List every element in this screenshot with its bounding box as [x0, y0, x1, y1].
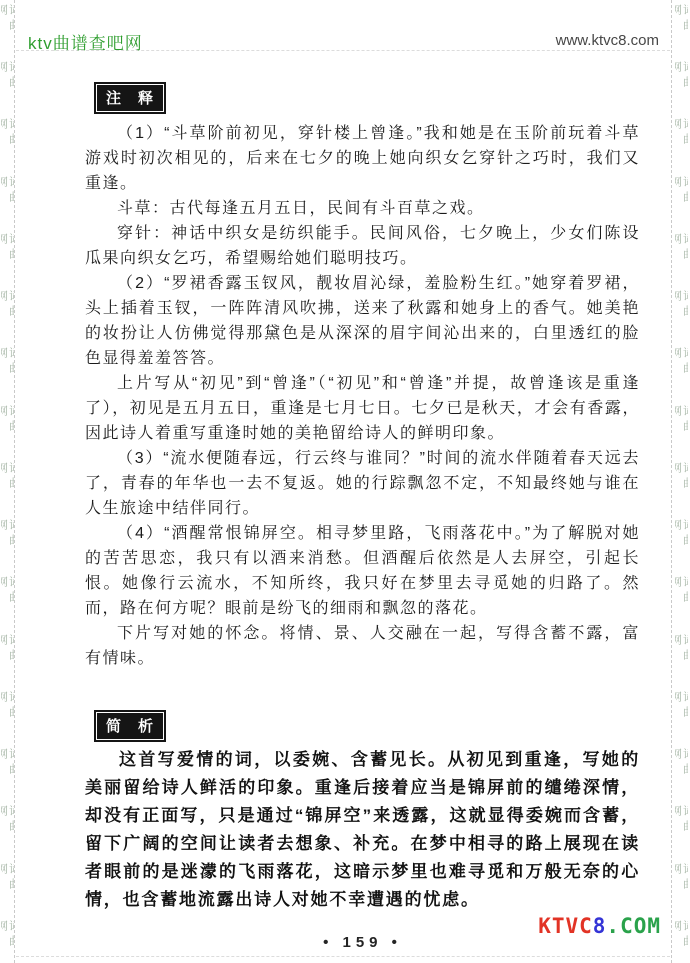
watermark-text: 词曲网: [675, 233, 688, 276]
footer-logo-link[interactable]: KTVC8.COM: [538, 914, 661, 938]
watermark-text: 词曲网: [675, 290, 688, 333]
watermark-text: 词曲网: [675, 748, 688, 791]
analysis-paragraph-1: 这首写爱情的词，以委婉、含蓄见长。从初见到重逢，写她的美丽留给诗人鲜活的印象。重…: [85, 746, 640, 914]
watermark-text: 词曲网: [1, 4, 14, 47]
page-border-right: [671, 0, 672, 963]
note-paragraph-3: 穿针：神话中织女是纺织能手。民间风俗，七夕晚上，少女们陈设瓜果向织女乞巧，希望赐…: [85, 221, 640, 271]
watermark-text: 词曲网: [1, 691, 14, 734]
watermark-text: 词曲网: [1, 519, 14, 562]
watermark-text: 词曲网: [675, 863, 688, 906]
analysis-section: 这首写爱情的词，以委婉、含蓄见长。从初见到重逢，写她的美丽留给诗人鲜活的印象。重…: [85, 746, 640, 914]
watermark-text: 词曲网: [675, 176, 688, 219]
watermark-text: 词曲网: [1, 176, 14, 219]
logo-part-8: 8: [593, 914, 607, 938]
note-paragraph-1: （1）“斗草阶前初见，穿针楼上曾逢。”我和她是在玉阶前玩着斗草游戏时初次相见的，…: [85, 121, 640, 196]
annotation-section: （1）“斗草阶前初见，穿针楼上曾逢。”我和她是在玉阶前玩着斗草游戏时初次相见的，…: [85, 121, 640, 671]
watermark-text: 词曲网: [1, 863, 14, 906]
site-url-link[interactable]: www.ktvc8.com: [556, 32, 659, 49]
watermark-text: 词曲网: [675, 805, 688, 848]
watermark-text: 词曲网: [675, 691, 688, 734]
watermark-text: 词曲网: [1, 462, 14, 505]
watermark-text: 词曲网: [675, 118, 688, 161]
site-name-link[interactable]: ktv曲谱查吧网: [28, 29, 143, 54]
watermark-text: 词曲网: [1, 118, 14, 161]
watermark-text: 词曲网: [1, 290, 14, 333]
watermark-text: 词曲网: [1, 576, 14, 619]
note-paragraph-6: （3）“流水便随春远，行云终与谁同？”时间的流水伴随着春天远去了，青春的年华也一…: [85, 446, 640, 521]
note-paragraph-5: 上片写从“初见”到“曾逢”（“初见”和“曾逢”并提，故曾逢该是重逢了），初见是五…: [85, 371, 640, 446]
logo-part-com: .COM: [606, 914, 661, 938]
watermark-text: 词曲网: [1, 347, 14, 390]
watermark-text: 词曲网: [675, 634, 688, 677]
note-paragraph-2: 斗草：古代每逢五月五日，民间有斗百草之戏。: [85, 196, 640, 221]
watermark-text: 词曲网: [1, 634, 14, 677]
watermark-text: 词曲网: [1, 920, 14, 963]
watermark-text: 词曲网: [675, 920, 688, 963]
watermark-text: 词曲网: [675, 519, 688, 562]
section-heading-analysis: 简 析: [96, 712, 164, 740]
note-paragraph-4: （2）“罗裙香露玉钗风，靓妆眉沁绿，羞脸粉生红。”她穿着罗裙，头上插着玉钗，一阵…: [85, 271, 640, 371]
watermark-text: 词曲网: [675, 462, 688, 505]
section-heading-annotation: 注 释: [96, 84, 164, 112]
page-border-left: [14, 0, 15, 963]
note-paragraph-8: 下片写对她的怀念。将情、景、人交融在一起，写得含蓄不露，富有情味。: [85, 621, 640, 671]
watermark-text: 词曲网: [675, 405, 688, 448]
logo-part-ktvc: KTVC: [538, 914, 593, 938]
watermark-text: 词曲网: [1, 233, 14, 276]
page-border-bottom: [16, 956, 670, 957]
watermark-column-left: 词曲网词曲网词曲网词曲网词曲网词曲网词曲网词曲网词曲网词曲网词曲网词曲网词曲网词…: [1, 4, 14, 963]
note-paragraph-7: （4）“酒醒常恨锦屏空。相寻梦里路，飞雨落花中。”为了解脱对她的苦苦思恋，我只有…: [85, 521, 640, 621]
watermark-text: 词曲网: [675, 61, 688, 104]
scanned-page: 注 释 （1）“斗草阶前初见，穿针楼上曾逢。”我和她是在玉阶前玩着斗草游戏时初次…: [85, 84, 640, 951]
watermark-text: 词曲网: [675, 347, 688, 390]
watermark-text: 词曲网: [675, 4, 688, 47]
watermark-text: 词曲网: [1, 405, 14, 448]
watermark-text: 词曲网: [1, 748, 14, 791]
watermark-text: 词曲网: [1, 61, 14, 104]
watermark-text: 词曲网: [1, 805, 14, 848]
watermark-text: 词曲网: [675, 576, 688, 619]
watermark-column-right: 词曲网词曲网词曲网词曲网词曲网词曲网词曲网词曲网词曲网词曲网词曲网词曲网词曲网词…: [675, 4, 688, 963]
